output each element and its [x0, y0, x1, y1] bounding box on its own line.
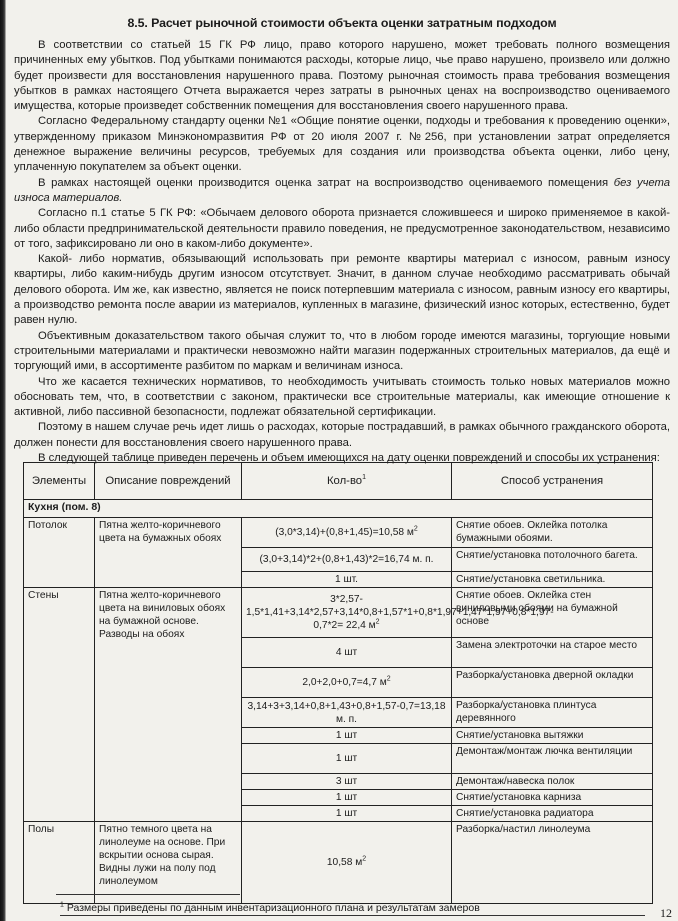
- method-cell: Разборка/установка дверной окладки: [452, 668, 653, 698]
- element-cell: Полы: [24, 822, 95, 904]
- method-cell: Снятие/установка карниза: [452, 790, 653, 806]
- section-row: Кухня (пом. 8): [24, 500, 653, 518]
- header-quantity-label: Кол-во: [327, 475, 362, 487]
- paragraph-6: Объективным доказательством такого обыча…: [14, 329, 670, 375]
- table-row: СтеныПятна желто-коричневого цвета на ви…: [24, 588, 653, 638]
- quantity-value: (3,0*3,14)+(0,8+1,45)=10,58 м: [275, 527, 414, 538]
- paragraph-1: В соответствии со статьей 15 ГК РФ лицо,…: [14, 38, 670, 114]
- page-number: 12: [660, 906, 672, 921]
- footnote-number: 1: [60, 902, 64, 909]
- method-cell: Снятие/установка радиатора: [452, 806, 653, 822]
- footnote-mark: 1: [362, 474, 366, 481]
- scan-edge-shadow: [0, 0, 6, 921]
- quantity-cell: 1 шт: [242, 790, 452, 806]
- paragraph-7: Что же касается технических нормативов, …: [14, 375, 670, 421]
- table-row: ПолыПятно темного цвета на линолеуме на …: [24, 822, 653, 904]
- quantity-cell: 4 шт: [242, 638, 452, 668]
- paragraph-8: Поэтому в нашем случае речь идет лишь о …: [14, 420, 670, 451]
- quantity-value: 1 шт: [336, 792, 357, 803]
- quantity-value: 4 шт: [336, 647, 357, 658]
- table-row: ПотолокПятна желто-коричневого цвета на …: [24, 518, 653, 548]
- header-method: Способ устранения: [452, 463, 653, 500]
- quantity-cell: (3,0+3,14)*2+(0,8+1,43)*2=16,74 м. п.: [242, 548, 452, 572]
- method-cell: Демонтаж/монтаж лючка вентиляции: [452, 744, 653, 774]
- quantity-value: 3,14+3+3,14+0,8+1,43+0,8+1,57-0,7=13,18 …: [248, 701, 446, 725]
- method-cell: Разборка/настил линолеума: [452, 822, 653, 904]
- method-cell: Снятие/установка вытяжки: [452, 728, 653, 744]
- quantity-cell: 10,58 м2: [242, 822, 452, 904]
- header-description: Описание повреждений: [95, 463, 242, 500]
- method-cell: Разборка/установка плинтуса деревянного: [452, 698, 653, 728]
- table-header-row: Элементы Описание повреждений Кол-во1 Сп…: [24, 463, 653, 500]
- description-cell: Пятна желто-коричневого цвета на бумажны…: [95, 518, 242, 588]
- unit-superscript: 2: [376, 619, 380, 626]
- paragraph-5: Какой- либо норматив, обязывающий исполь…: [14, 252, 670, 328]
- quantity-value: 1 шт: [336, 730, 357, 741]
- footnote-divider: [56, 894, 240, 895]
- paragraph-3-text: В рамках настоящей оценки производится о…: [38, 177, 608, 189]
- description-cell: Пятна желто-коричневого цвета на винилов…: [95, 588, 242, 822]
- quantity-cell: 2,0+2,0+0,7=4,7 м2: [242, 668, 452, 698]
- quantity-value: (3,0+3,14)*2+(0,8+1,43)*2=16,74 м. п.: [260, 554, 434, 565]
- method-cell: Демонтаж/навеска полок: [452, 774, 653, 790]
- method-cell: Снятие/установка светильника.: [452, 572, 653, 588]
- paragraph-4: Согласно п.1 статье 5 ГК РФ: «Обычаем де…: [14, 206, 670, 252]
- paragraph-2: Согласно Федеральному стандарту оценки №…: [14, 114, 670, 175]
- method-cell: Замена электроточки на старое место: [452, 638, 653, 668]
- quantity-cell: 1 шт.: [242, 572, 452, 588]
- unit-superscript: 2: [387, 676, 391, 683]
- damage-table: Элементы Описание повреждений Кол-во1 Сп…: [23, 462, 653, 904]
- quantity-value: 3 шт: [336, 776, 357, 787]
- quantity-cell: 3 шт: [242, 774, 452, 790]
- document-page: 8.5. Расчет рыночной стоимости объекта о…: [14, 0, 670, 466]
- element-cell: Потолок: [24, 518, 95, 588]
- method-cell: Снятие/установка потолочного багета.: [452, 548, 653, 572]
- quantity-value: 1 шт.: [335, 574, 358, 585]
- quantity-value: 2,0+2,0+0,7=4,7 м: [302, 677, 386, 688]
- table-body: Кухня (пом. 8) ПотолокПятна желто-коричн…: [24, 500, 653, 904]
- method-cell: Снятие обоев. Оклейка потолка бумажными …: [452, 518, 653, 548]
- quantity-cell: 1 шт: [242, 744, 452, 774]
- element-cell: Стены: [24, 588, 95, 822]
- unit-superscript: 2: [414, 526, 418, 533]
- quantity-value: 10,58 м: [327, 857, 362, 868]
- description-cell: Пятно темного цвета на линолеуме на осно…: [95, 822, 242, 904]
- footnote: 1 Размеры приведены по данным инвентариз…: [60, 902, 645, 916]
- quantity-value: 1 шт: [336, 753, 357, 764]
- footnote-text: Размеры приведены по данным инвентаризац…: [67, 902, 480, 914]
- quantity-cell: 3*2,57-1,5*1,41+3,14*2,57+3,14*0,8+1,57*…: [242, 588, 452, 638]
- method-cell: Снятие обоев. Оклейка стен виниловыми об…: [452, 588, 653, 638]
- quantity-cell: 1 шт: [242, 806, 452, 822]
- section-title: 8.5. Расчет рыночной стоимости объекта о…: [14, 14, 670, 32]
- quantity-value: 1 шт: [336, 808, 357, 819]
- quantity-cell: (3,0*3,14)+(0,8+1,45)=10,58 м2: [242, 518, 452, 548]
- quantity-cell: 1 шт: [242, 728, 452, 744]
- unit-superscript: 2: [362, 856, 366, 863]
- header-quantity: Кол-во1: [242, 463, 452, 500]
- paragraph-3: В рамках настоящей оценки производится о…: [14, 176, 670, 207]
- header-elements: Элементы: [24, 463, 95, 500]
- section-label: Кухня (пом. 8): [24, 500, 653, 518]
- quantity-cell: 3,14+3+3,14+0,8+1,43+0,8+1,57-0,7=13,18 …: [242, 698, 452, 728]
